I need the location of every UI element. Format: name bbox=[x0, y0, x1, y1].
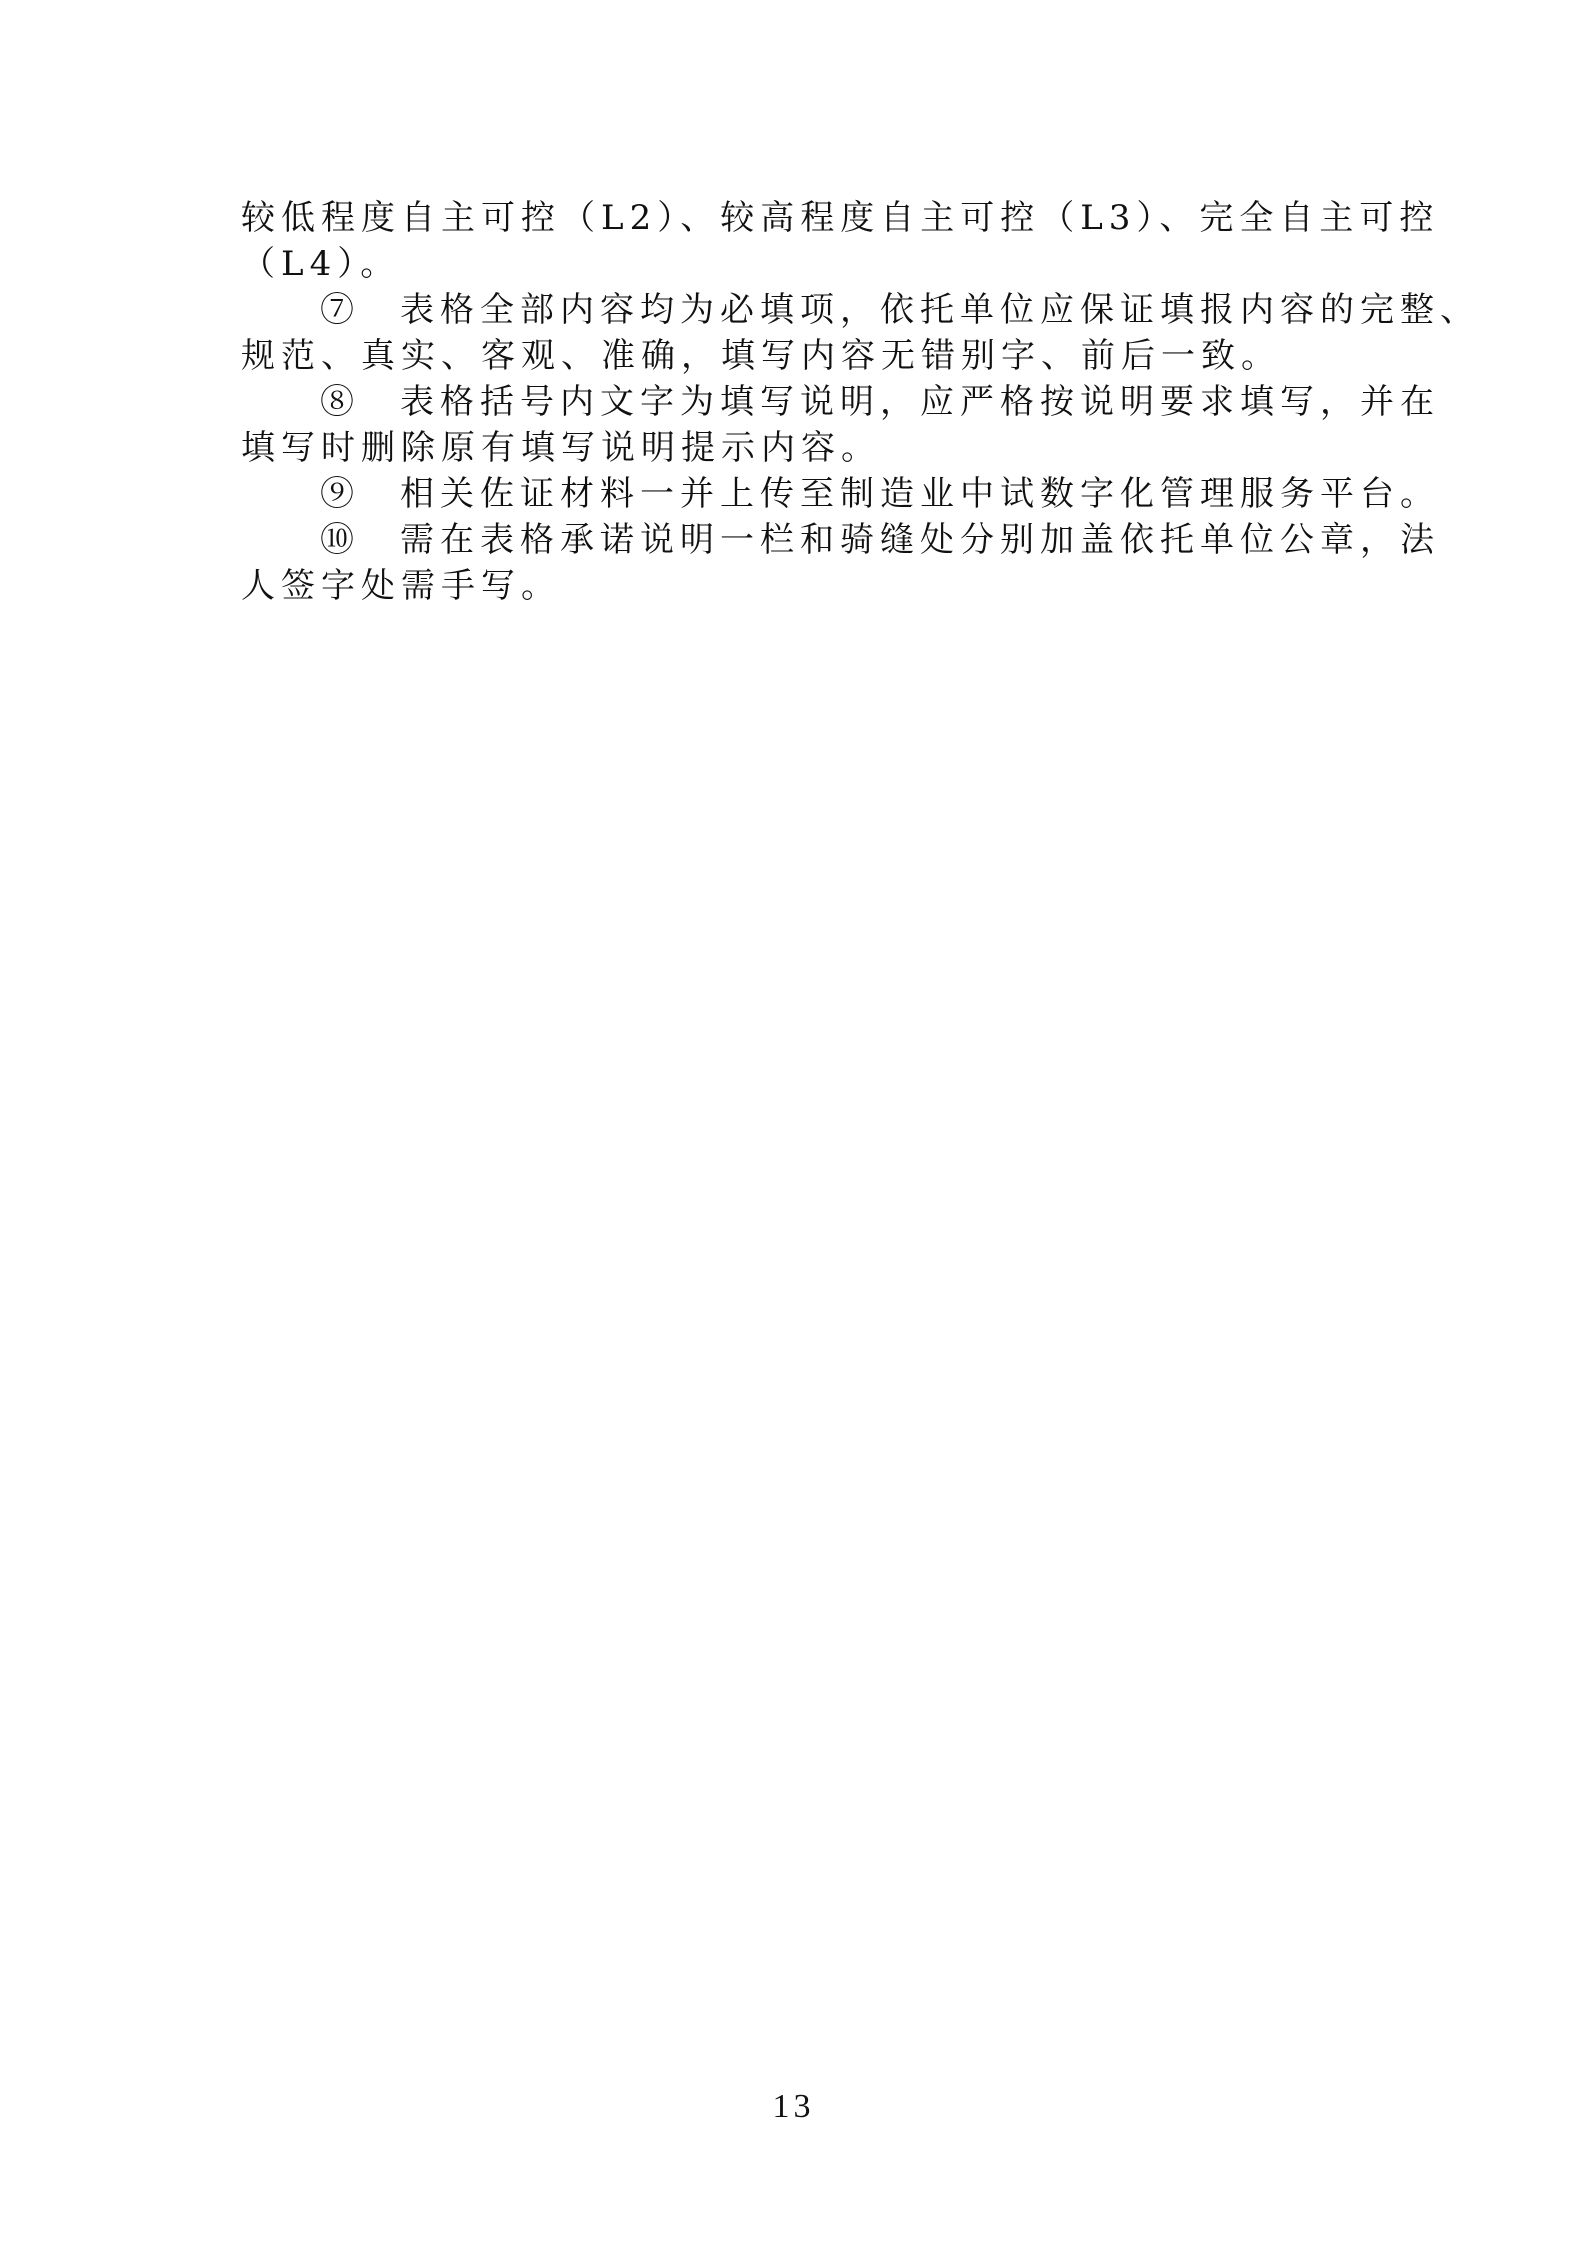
document-page: 较低程度自主可控（L2）、较高程度自主可控（L3）、完全自主可控 （L4）。 ⑦… bbox=[0, 0, 1587, 2245]
item-8-line-1: ⑧ 表格括号内文字为填写说明，应严格按说明要求填写，并在 bbox=[320, 379, 1430, 425]
item-7-line-1: ⑦ 表格全部内容均为必填项，依托单位应保证填报内容的完整、 bbox=[320, 287, 1430, 333]
item-7-line-2: 规范、真实、客观、准确，填写内容无错别字、前后一致。 bbox=[241, 333, 1351, 379]
paragraph-line-autonomy-levels: 较低程度自主可控（L2）、较高程度自主可控（L3）、完全自主可控 bbox=[241, 195, 1351, 241]
item-10-line-1: ⑩ 需在表格承诺说明一栏和骑缝处分别加盖依托单位公章，法 bbox=[320, 517, 1430, 563]
item-9-line-1: ⑨ 相关佐证材料一并上传至制造业中试数字化管理服务平台。 bbox=[320, 471, 1430, 517]
item-10-line-2: 人签字处需手写。 bbox=[241, 563, 1351, 609]
item-8-line-2: 填写时删除原有填写说明提示内容。 bbox=[241, 425, 1351, 471]
paragraph-line-autonomy-levels-end: （L4）。 bbox=[241, 241, 1351, 287]
page-number: 13 bbox=[0, 2088, 1587, 2126]
